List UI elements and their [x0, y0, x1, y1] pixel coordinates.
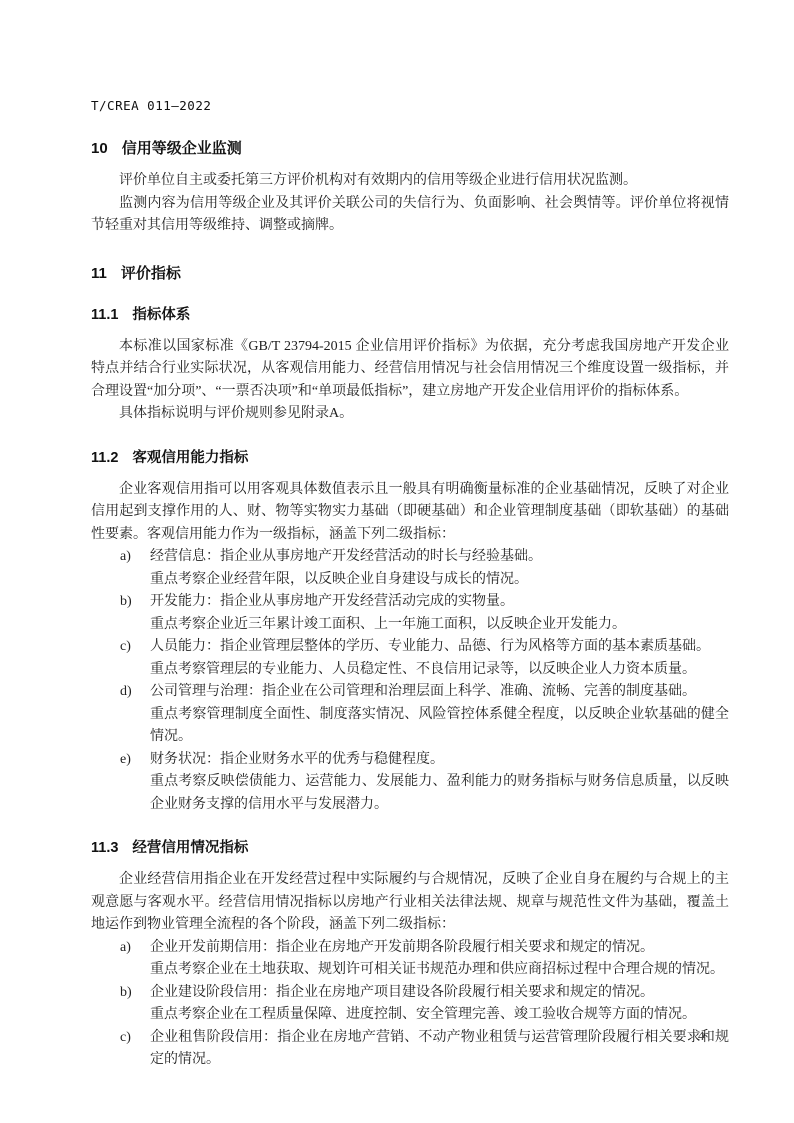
section-11-3-list: a) 企业开发前期信用：指企业在房地产开发前期各阶段履行相关要求和规定的情况。 … [91, 937, 729, 1072]
list-item-body: 经营信息：指企业从事房地产开发经营活动的时长与经验基础。 重点考察企业经营年限，… [150, 546, 729, 591]
section-11-3-number: 11.3 [91, 840, 118, 856]
list-item-marker: b) [120, 591, 150, 636]
document-page: T/CREA 011—2022 10信用等级企业监测 评价单位自主或委托第三方评… [0, 0, 794, 1123]
list-item-note: 重点考察企业近三年累计竣工面积、上一年施工面积，以反映企业开发能力。 [150, 614, 729, 637]
section-11-title: 评价指标 [121, 265, 181, 282]
document-code-header: T/CREA 011—2022 [91, 98, 729, 113]
list-item: a) 经营信息：指企业从事房地产开发经营活动的时长与经验基础。 重点考察企业经营… [120, 546, 729, 591]
list-item-marker: c) [120, 1027, 150, 1072]
section-11-2-heading: 11.2客观信用能力指标 [91, 446, 729, 467]
list-item-marker: b) [120, 982, 150, 1027]
list-item-body: 公司管理与治理：指企业在公司管理和治理层面上科学、准确、流畅、完善的制度基础。 … [150, 681, 729, 749]
list-item-marker: a) [120, 937, 150, 982]
section-11-3-paragraph-1: 企业经营信用指企业在开发经营过程中实际履约与合规情况，反映了企业自身在履约与合规… [91, 869, 729, 937]
list-item: e) 财务状况：指企业财务水平的优秀与稳健程度。 重点考察反映偿债能力、运营能力… [120, 749, 729, 817]
section-10-title: 信用等级企业监测 [122, 140, 242, 157]
list-item: c) 人员能力：指企业管理层整体的学历、专业能力、品德、行为风格等方面的基本素质… [120, 636, 729, 681]
list-item-text: 财务状况：指企业财务水平的优秀与稳健程度。 [150, 749, 729, 772]
list-item-note: 重点考察企业在土地获取、规划许可相关证书规范办理和供应商招标过程中合理合规的情况… [150, 959, 729, 982]
section-11-1-heading: 11.1指标体系 [91, 303, 729, 324]
list-item: b) 开发能力：指企业从事房地产开发经营活动完成的实物量。 重点考察企业近三年累… [120, 591, 729, 636]
section-11-1-number: 11.1 [91, 307, 118, 323]
list-item-text: 人员能力：指企业管理层整体的学历、专业能力、品德、行为风格等方面的基本素质基础。 [150, 636, 729, 659]
section-11-1-paragraph-1: 本标准以国家标准《GB/T 23794-2015 企业信用评价指标》为依据，充分… [91, 336, 729, 404]
list-item-note: 重点考察企业在工程质量保障、进度控制、安全管理完善、竣工验收合规等方面的情况。 [150, 1004, 729, 1027]
list-item-marker: e) [120, 749, 150, 817]
list-item-text: 开发能力：指企业从事房地产开发经营活动完成的实物量。 [150, 591, 729, 614]
list-item-text: 企业开发前期信用：指企业在房地产开发前期各阶段履行相关要求和规定的情况。 [150, 937, 729, 960]
list-item-body: 企业建设阶段信用：指企业在房地产项目建设各阶段履行相关要求和规定的情况。 重点考… [150, 982, 729, 1027]
list-item-text: 企业租售阶段信用：指企业在房地产营销、不动产物业租赁与运营管理阶段履行相关要求和… [150, 1027, 729, 1072]
list-item-note: 重点考察反映偿债能力、运营能力、发展能力、盈利能力的财务指标与财务信息质量，以反… [150, 771, 729, 816]
section-10-heading: 10信用等级企业监测 [91, 137, 729, 158]
section-10-paragraph-2: 监测内容为信用等级企业及其评价关联公司的失信行为、负面影响、社会舆情等。评价单位… [91, 193, 729, 238]
section-11-1-title: 指标体系 [132, 307, 190, 323]
list-item-note: 重点考察管理层的专业能力、人员稳定性、不良信用记录等，以反映企业人力资本质量。 [150, 659, 729, 682]
section-11-3-heading: 11.3经营信用情况指标 [91, 836, 729, 857]
list-item-marker: d) [120, 681, 150, 749]
section-11-heading: 11评价指标 [91, 262, 729, 283]
section-11-3-title: 经营信用情况指标 [132, 840, 248, 856]
list-item: b) 企业建设阶段信用：指企业在房地产项目建设各阶段履行相关要求和规定的情况。 … [120, 982, 729, 1027]
list-item: d) 公司管理与治理：指企业在公司管理和治理层面上科学、准确、流畅、完善的制度基… [120, 681, 729, 749]
section-11-number: 11 [91, 265, 107, 282]
list-item: c) 企业租售阶段信用：指企业在房地产营销、不动产物业租赁与运营管理阶段履行相关… [120, 1027, 729, 1072]
list-item-body: 开发能力：指企业从事房地产开发经营活动完成的实物量。 重点考察企业近三年累计竣工… [150, 591, 729, 636]
section-10-paragraph-1: 评价单位自主或委托第三方评价机构对有效期内的信用等级企业进行信用状况监测。 [91, 170, 729, 193]
section-11-2-title: 客观信用能力指标 [132, 450, 248, 466]
list-item-note: 重点考察企业经营年限，以反映企业自身建设与成长的情况。 [150, 569, 729, 592]
list-item-body: 财务状况：指企业财务水平的优秀与稳健程度。 重点考察反映偿债能力、运营能力、发展… [150, 749, 729, 817]
section-10-number: 10 [91, 140, 108, 157]
list-item-marker: a) [120, 546, 150, 591]
section-11-1-paragraph-2: 具体指标说明与评价规则参见附录A。 [91, 403, 729, 426]
list-item-body: 企业租售阶段信用：指企业在房地产营销、不动产物业租赁与运营管理阶段履行相关要求和… [150, 1027, 729, 1072]
list-item: a) 企业开发前期信用：指企业在房地产开发前期各阶段履行相关要求和规定的情况。 … [120, 937, 729, 982]
list-item-text: 公司管理与治理：指企业在公司管理和治理层面上科学、准确、流畅、完善的制度基础。 [150, 681, 729, 704]
list-item-marker: c) [120, 636, 150, 681]
list-item-note: 重点考察管理制度全面性、制度落实情况、风险管控体系健全程度，以反映企业软基础的健… [150, 704, 729, 749]
list-item-body: 人员能力：指企业管理层整体的学历、专业能力、品德、行为风格等方面的基本素质基础。… [150, 636, 729, 681]
section-11-2-number: 11.2 [91, 450, 118, 466]
list-item-body: 企业开发前期信用：指企业在房地产开发前期各阶段履行相关要求和规定的情况。 重点考… [150, 937, 729, 982]
list-item-text: 企业建设阶段信用：指企业在房地产项目建设各阶段履行相关要求和规定的情况。 [150, 982, 729, 1005]
page-number: 4 [698, 1028, 705, 1044]
section-11-2-paragraph-1: 企业客观信用指可以用客观具体数值表示且一般具有明确衡量标准的企业基础情况，反映了… [91, 479, 729, 547]
list-item-text: 经营信息：指企业从事房地产开发经营活动的时长与经验基础。 [150, 546, 729, 569]
section-11-2-list: a) 经营信息：指企业从事房地产开发经营活动的时长与经验基础。 重点考察企业经营… [91, 546, 729, 816]
